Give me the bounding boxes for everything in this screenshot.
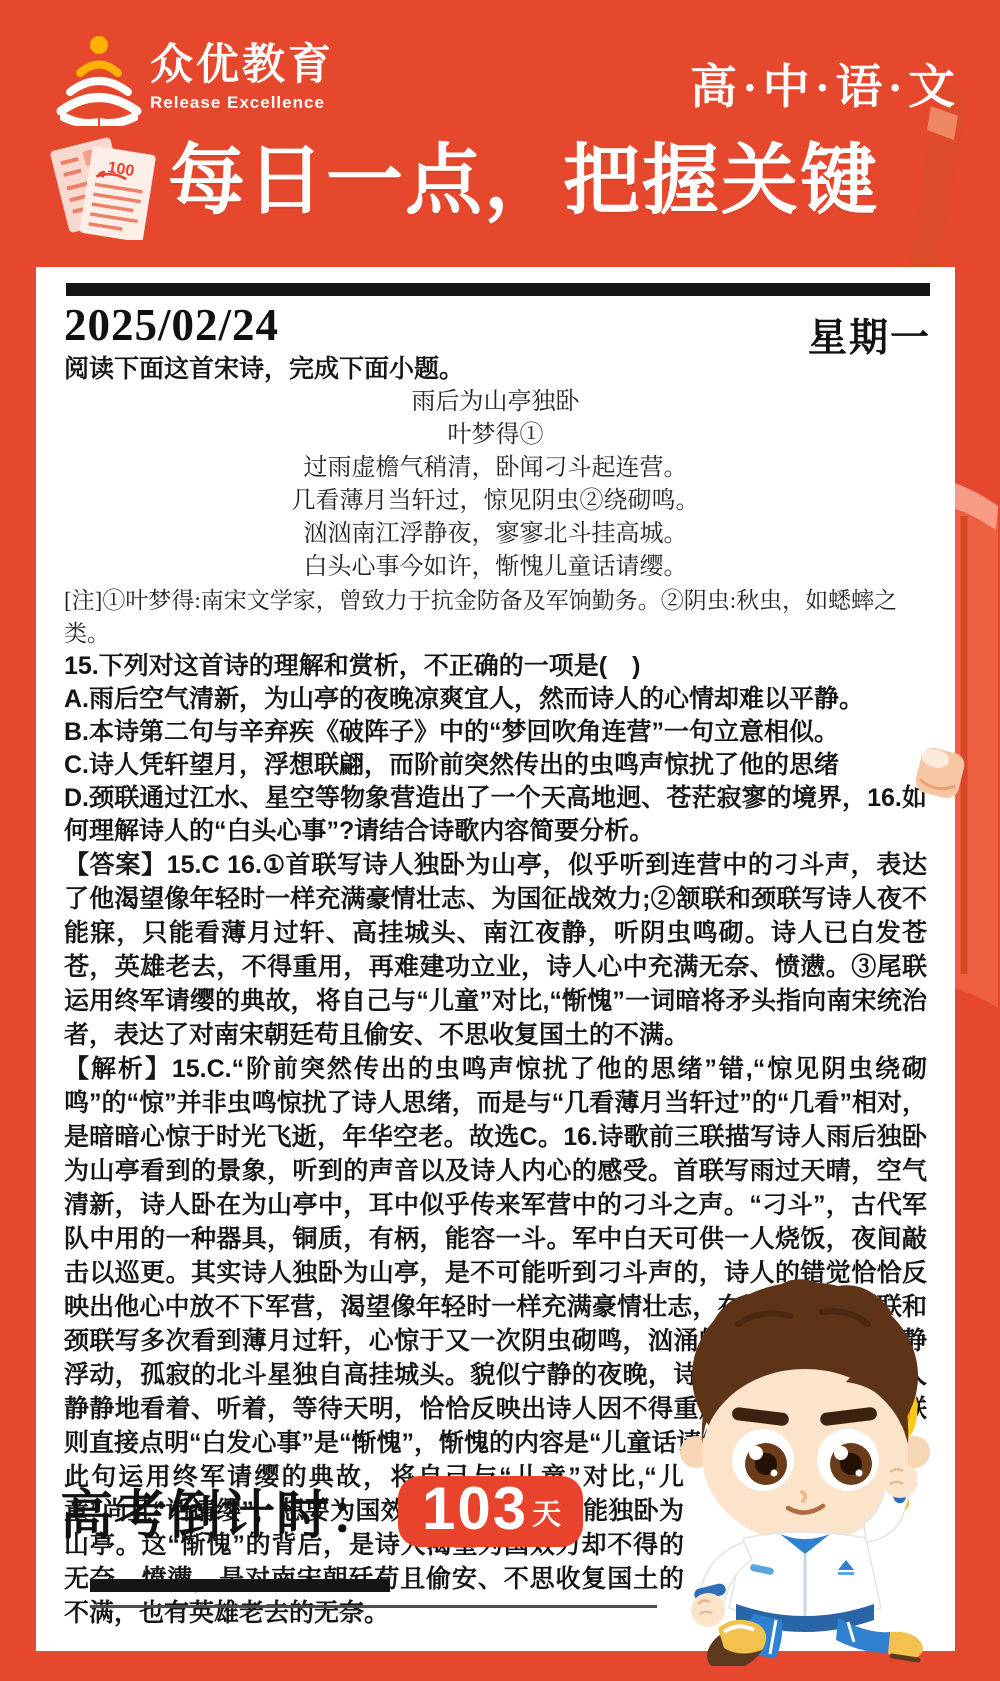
page-title: 每日一点，把握关键 [168,139,879,224]
slogan-banner: 100 每日一点，把握关键 [40,122,879,240]
top-divider-bar [66,283,930,296]
option-b: B.本诗第二句与辛弃疾《破阵子》中的“梦回吹角连营”一句立意相似。 [64,716,927,749]
countdown-row: 高考倒计时： 103 天 [60,1473,583,1549]
footer-bar [90,1579,390,1592]
brand-block: 众优教育 Release Excellence [150,44,334,113]
answer-text: 【答案】15.C 16.①首联写诗人独卧为山亭，似乎听到连营中的刁斗声，表达了他… [64,848,927,1052]
question-15-stem: 15.下列对这首诗的理解和赏析，不正确的一项是( ) [64,650,927,683]
option-a: A.雨后空气清新，为山亭的夜晚凉爽宜人，然而诗人的心情却难以平静。 [64,683,927,716]
footer-line [90,1605,657,1608]
countdown-label: 高考倒计时： [60,1473,384,1549]
countdown-unit: 天 [532,1492,561,1533]
poem-line: 汹汹南江浮静夜，寥寥北斗挂高城。 [64,518,927,551]
date-text: 2025/02/24 [64,299,279,351]
option-c: C.诗人凭轩望月，浮想联翩，而阶前突然传出的虫鸣声惊扰了他的思绪 [64,749,927,782]
poem-title: 雨后为山亭独卧 [64,386,927,419]
poem-block: 雨后为山亭独卧 叶梦得① 过雨虚檐气稍清，卧闻刁斗起连营。 几看薄月当轩过，惊见… [64,386,927,584]
exam-papers-icon: 100 [40,122,160,240]
boy-with-brush-mascot [642,1254,967,1666]
book-arcs-logo-icon [56,34,142,126]
countdown-value: 103 [422,1477,528,1540]
brand-tagline: Release Excellence [150,93,334,113]
subject-title: 高·中·语·文 [690,50,960,117]
poem-line: 过雨虚檐气稍清，卧闻刁斗起连营。 [64,452,927,485]
paper-scroll-decoration [912,744,968,802]
poem-note: [注]①叶梦得:南宋文学家，曾致力于抗金防备及军饷勤务。②阴虫:秋虫，如蟋蟀之类… [64,584,927,650]
countdown-badge: 103 天 [398,1476,583,1547]
option-d-and-question-16: D.颈联通过江水、星空等物象营造出了一个天高地迥、苍茫寂寥的境界，16.如何理解… [64,782,927,848]
option-d: D.颈联通过江水、星空等物象营造出了一个天高地迥、苍茫寂寥的境界， [64,784,867,812]
poem-line: 几看薄月当轩过，惊见阴虫②绕砌鸣。 [64,485,927,518]
poem-line: 白头心事今如许，惭愧儿童话请缨。 [64,551,927,584]
poem-author: 叶梦得① [64,419,927,452]
poster-page: 众优教育 Release Excellence 高·中·语·文 100 每日一点… [0,0,1000,1681]
brand-name: 众优教育 [150,44,334,87]
intro-text: 阅读下面这首宋诗，完成下面小题。 [64,353,927,386]
